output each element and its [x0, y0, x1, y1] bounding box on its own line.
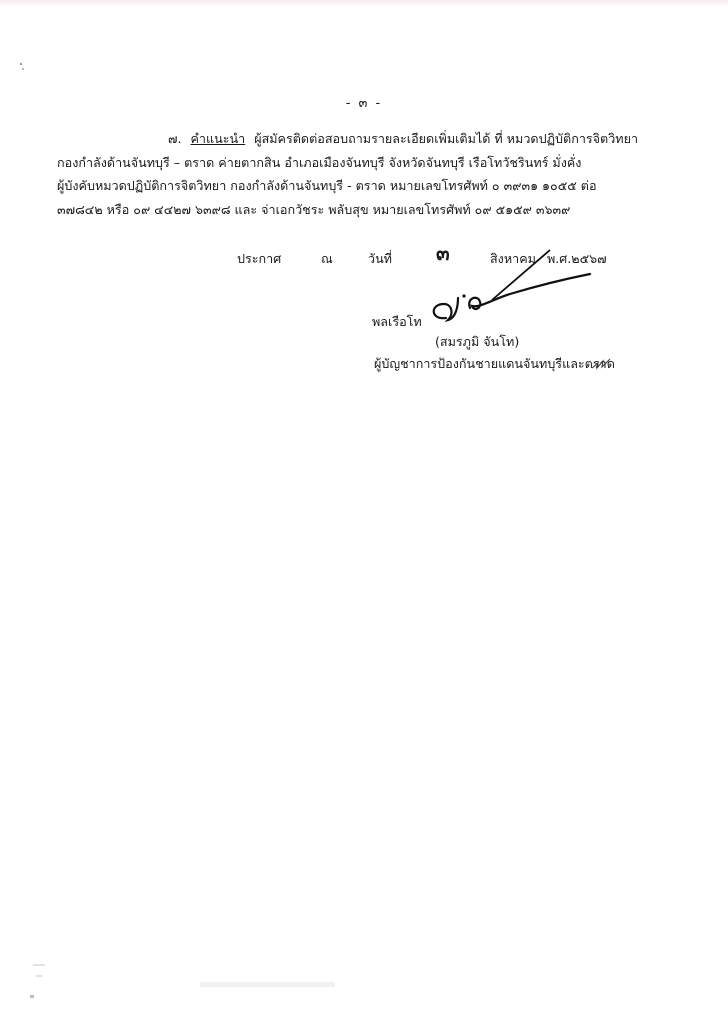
scan-residue [36, 975, 42, 977]
scan-speck [20, 63, 22, 65]
at-label: ณ [321, 251, 333, 267]
signature-icon [400, 248, 610, 328]
initial-mark-icon [590, 355, 612, 371]
scan-speck [22, 68, 24, 70]
paragraph-heading: คำแนะนำ [191, 131, 246, 146]
paragraph-line-4: ๓๗๘๔๒ หรือ ๐๙ ๔๔๒๗ ๖๓๙๘ และ จ่าเอกวัชระ … [57, 202, 570, 218]
scan-residue [200, 982, 335, 987]
page-number: - ๓ - [0, 92, 728, 113]
paragraph-line-1: ๗. คำแนะนำ ผู้สมัครติดต่อสอบถามรายละเอีย… [168, 131, 638, 147]
date-label: วันที่ [368, 251, 392, 267]
paragraph-text: ผู้สมัครติดต่อสอบถามรายละเอียดเพิ่มเติมไ… [254, 131, 638, 146]
scan-residue [30, 995, 34, 998]
paragraph-line-2: กองกำลังด้านจันทบุรี – ตราด ค่ายตากสิน อ… [57, 155, 581, 171]
item-number: ๗. [168, 131, 181, 146]
signatory-name: (สมรภูมิ จันโท) [435, 332, 519, 352]
signatory-position: ผู้บัญชาการป้องกันชายแดนจันทบุรีและตราด [374, 354, 615, 374]
document-page: - ๓ - ๗. คำแนะนำ ผู้สมัครติดต่อสอบถามราย… [0, 0, 728, 1024]
signatory-rank: พลเรือโท [372, 312, 422, 332]
announced-label: ประกาศ [237, 251, 281, 267]
paragraph-line-3: ผู้บังคับหมวดปฏิบัติการจิตวิทยา กองกำลัง… [57, 178, 597, 194]
scan-residue [33, 964, 45, 966]
scan-top-edge [0, 0, 728, 8]
